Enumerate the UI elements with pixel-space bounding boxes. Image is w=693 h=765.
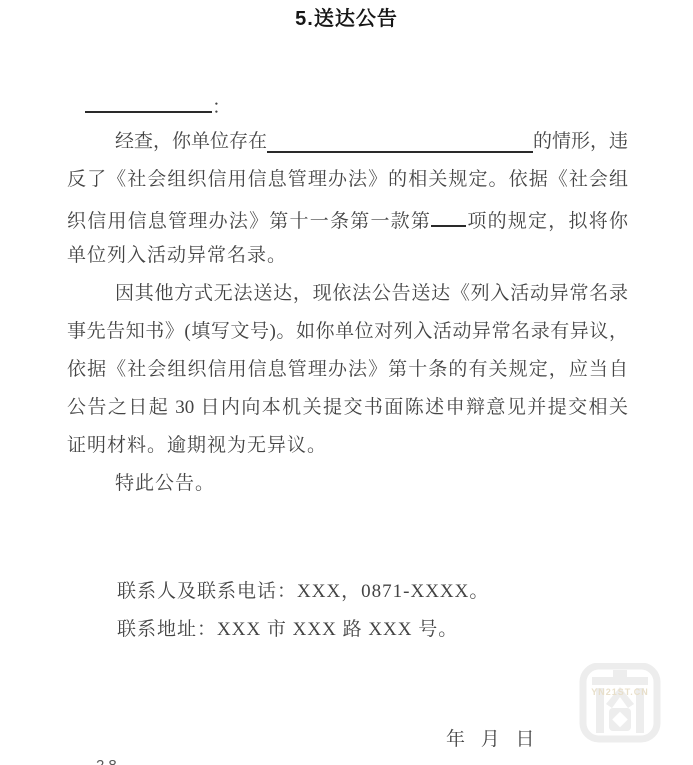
paragraph2-line1: 因其他方式无法送达，现依法公告送达《列入活动异常名录: [67, 275, 628, 313]
salutation-line: ：: [67, 85, 628, 123]
watermark-logo: YN21ST.CN: [579, 663, 661, 743]
page-number-fragment: 28: [96, 757, 130, 765]
document-page: 5.送达公告 ： 经查，你单位存在 的情形，违 反了《社会组织信用信息管理办法》…: [0, 0, 693, 765]
paragraph1-line4: 单位列入活动异常名录。: [67, 237, 628, 275]
paragraph2-line2: 事先告知书》(填写文号)。如你单位对列入活动异常名录有异议，: [67, 313, 628, 351]
page-title: 5.送达公告: [0, 2, 693, 31]
paragraph1-line3: 织信用信息管理办法》第十一条第一款第项的规定，拟将你: [67, 199, 628, 237]
contact-address-line: 联系地址：XXX 市 XXX 路 XXX 号。: [67, 611, 628, 649]
salutation-colon: ：: [212, 97, 231, 118]
contact-phone-line: 联系人及联系电话：XXX，0871-XXXX。: [67, 573, 628, 611]
paragraph2-line4: 公告之日起 30 日内向本机关提交书面陈述申辩意见并提交相关: [67, 389, 628, 427]
closing-line: 特此公告。: [67, 465, 628, 503]
p1l3-text-pre: 织信用信息管理办法》第十一条第一款第: [67, 211, 431, 232]
date-line: 年 月 日: [446, 726, 535, 754]
shang-character-seal-icon: [579, 663, 661, 743]
situation-blank-field: [267, 151, 533, 153]
paragraph1-line1: 经查，你单位存在 的情形，违: [67, 123, 628, 161]
paragraph2-line5: 证明材料。逾期视为无异议。: [67, 427, 628, 465]
recipient-blank-field: [85, 85, 212, 113]
clause-number-blank-field: [431, 199, 466, 227]
p1l3-text-post: 项的规定，拟将你: [466, 211, 628, 232]
p1l1-text-pre: 经查，你单位存在: [115, 123, 267, 161]
watermark-site-text: YN21ST.CN: [579, 687, 661, 697]
paragraph1-line2: 反了《社会组织信用信息管理办法》的相关规定。依据《社会组: [67, 161, 628, 199]
document-body: ： 经查，你单位存在 的情形，违 反了《社会组织信用信息管理办法》的相关规定。依…: [67, 85, 628, 649]
paragraph2-line3: 依据《社会组织信用信息管理办法》第十条的有关规定，应当自: [67, 351, 628, 389]
p1l1-text-post: 的情形，违: [533, 123, 628, 161]
